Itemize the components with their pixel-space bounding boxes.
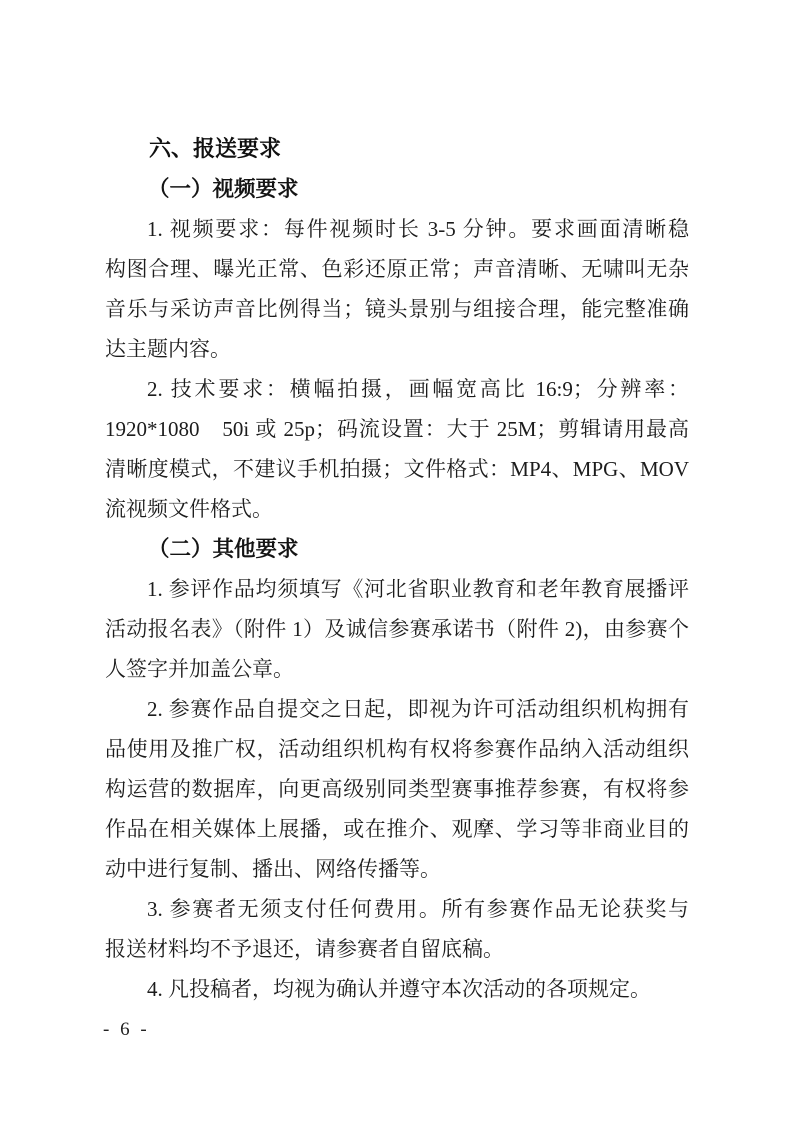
text-line: 流视频文件格式。 <box>105 489 689 529</box>
text-line: 2. 技术要求：横幅拍摄，画幅宽高比 16:9；分辨率： <box>105 369 689 409</box>
text-line: 1. 视频要求：每件视频时长 3-5 分钟。要求画面清晰稳定、 <box>105 209 689 249</box>
section-heading: 六、报送要求 <box>105 129 689 169</box>
text-line: 音乐与采访声音比例得当；镜头景别与组接合理，能完整准确表 <box>105 289 689 329</box>
text-line: 报送材料均不予退还，请参赛者自留底稿。 <box>105 929 689 969</box>
text-line: 作品在相关媒体上展播，或在推介、观摩、学习等非商业目的活 <box>105 809 689 849</box>
text-line: 2. 参赛作品自提交之日起，即视为许可活动组织机构拥有作 <box>105 689 689 729</box>
text-line: 活动报名表》（附件 1）及诚信参赛承诺书（附件 2)，由参赛个 <box>105 609 689 649</box>
text-line: 1. 参评作品均须填写《河北省职业教育和老年教育展播评选 <box>105 569 689 609</box>
text-line: 构图合理、曝光正常、色彩还原正常；声音清晰、无啸叫无杂音， <box>105 249 689 289</box>
page-number: - 6 - <box>103 1019 150 1041</box>
text-line: 清晰度模式，不建议手机拍摄；文件格式：MP4、MPG、MOV 等主 <box>105 449 689 489</box>
subsection-heading-video: （一）视频要求 <box>105 169 689 209</box>
text-line: 达主题内容。 <box>105 329 689 369</box>
document-body: 六、报送要求 （一）视频要求 1. 视频要求：每件视频时长 3-5 分钟。要求画… <box>105 129 689 1009</box>
text-line: 动中进行复制、播出、网络传播等。 <box>105 849 689 889</box>
text-line: 4. 凡投稿者，均视为确认并遵守本次活动的各项规定。 <box>105 969 689 1009</box>
text-line: 品使用及推广权，活动组织机构有权将参赛作品纳入活动组织机 <box>105 729 689 769</box>
subsection-heading-other: （二）其他要求 <box>105 529 689 569</box>
document-page: 六、报送要求 （一）视频要求 1. 视频要求：每件视频时长 3-5 分钟。要求画… <box>0 0 794 1123</box>
text-line: 3. 参赛者无须支付任何费用。所有参赛作品无论获奖与否， <box>105 889 689 929</box>
text-line: 人签字并加盖公章。 <box>105 649 689 689</box>
text-line: 构运营的数据库，向更高级别同类型赛事推荐参赛，有权将参赛 <box>105 769 689 809</box>
text-line: 1920*1080 50i 或 25p；码流设置：大于 25M；剪辑请用最高 <box>105 409 689 449</box>
